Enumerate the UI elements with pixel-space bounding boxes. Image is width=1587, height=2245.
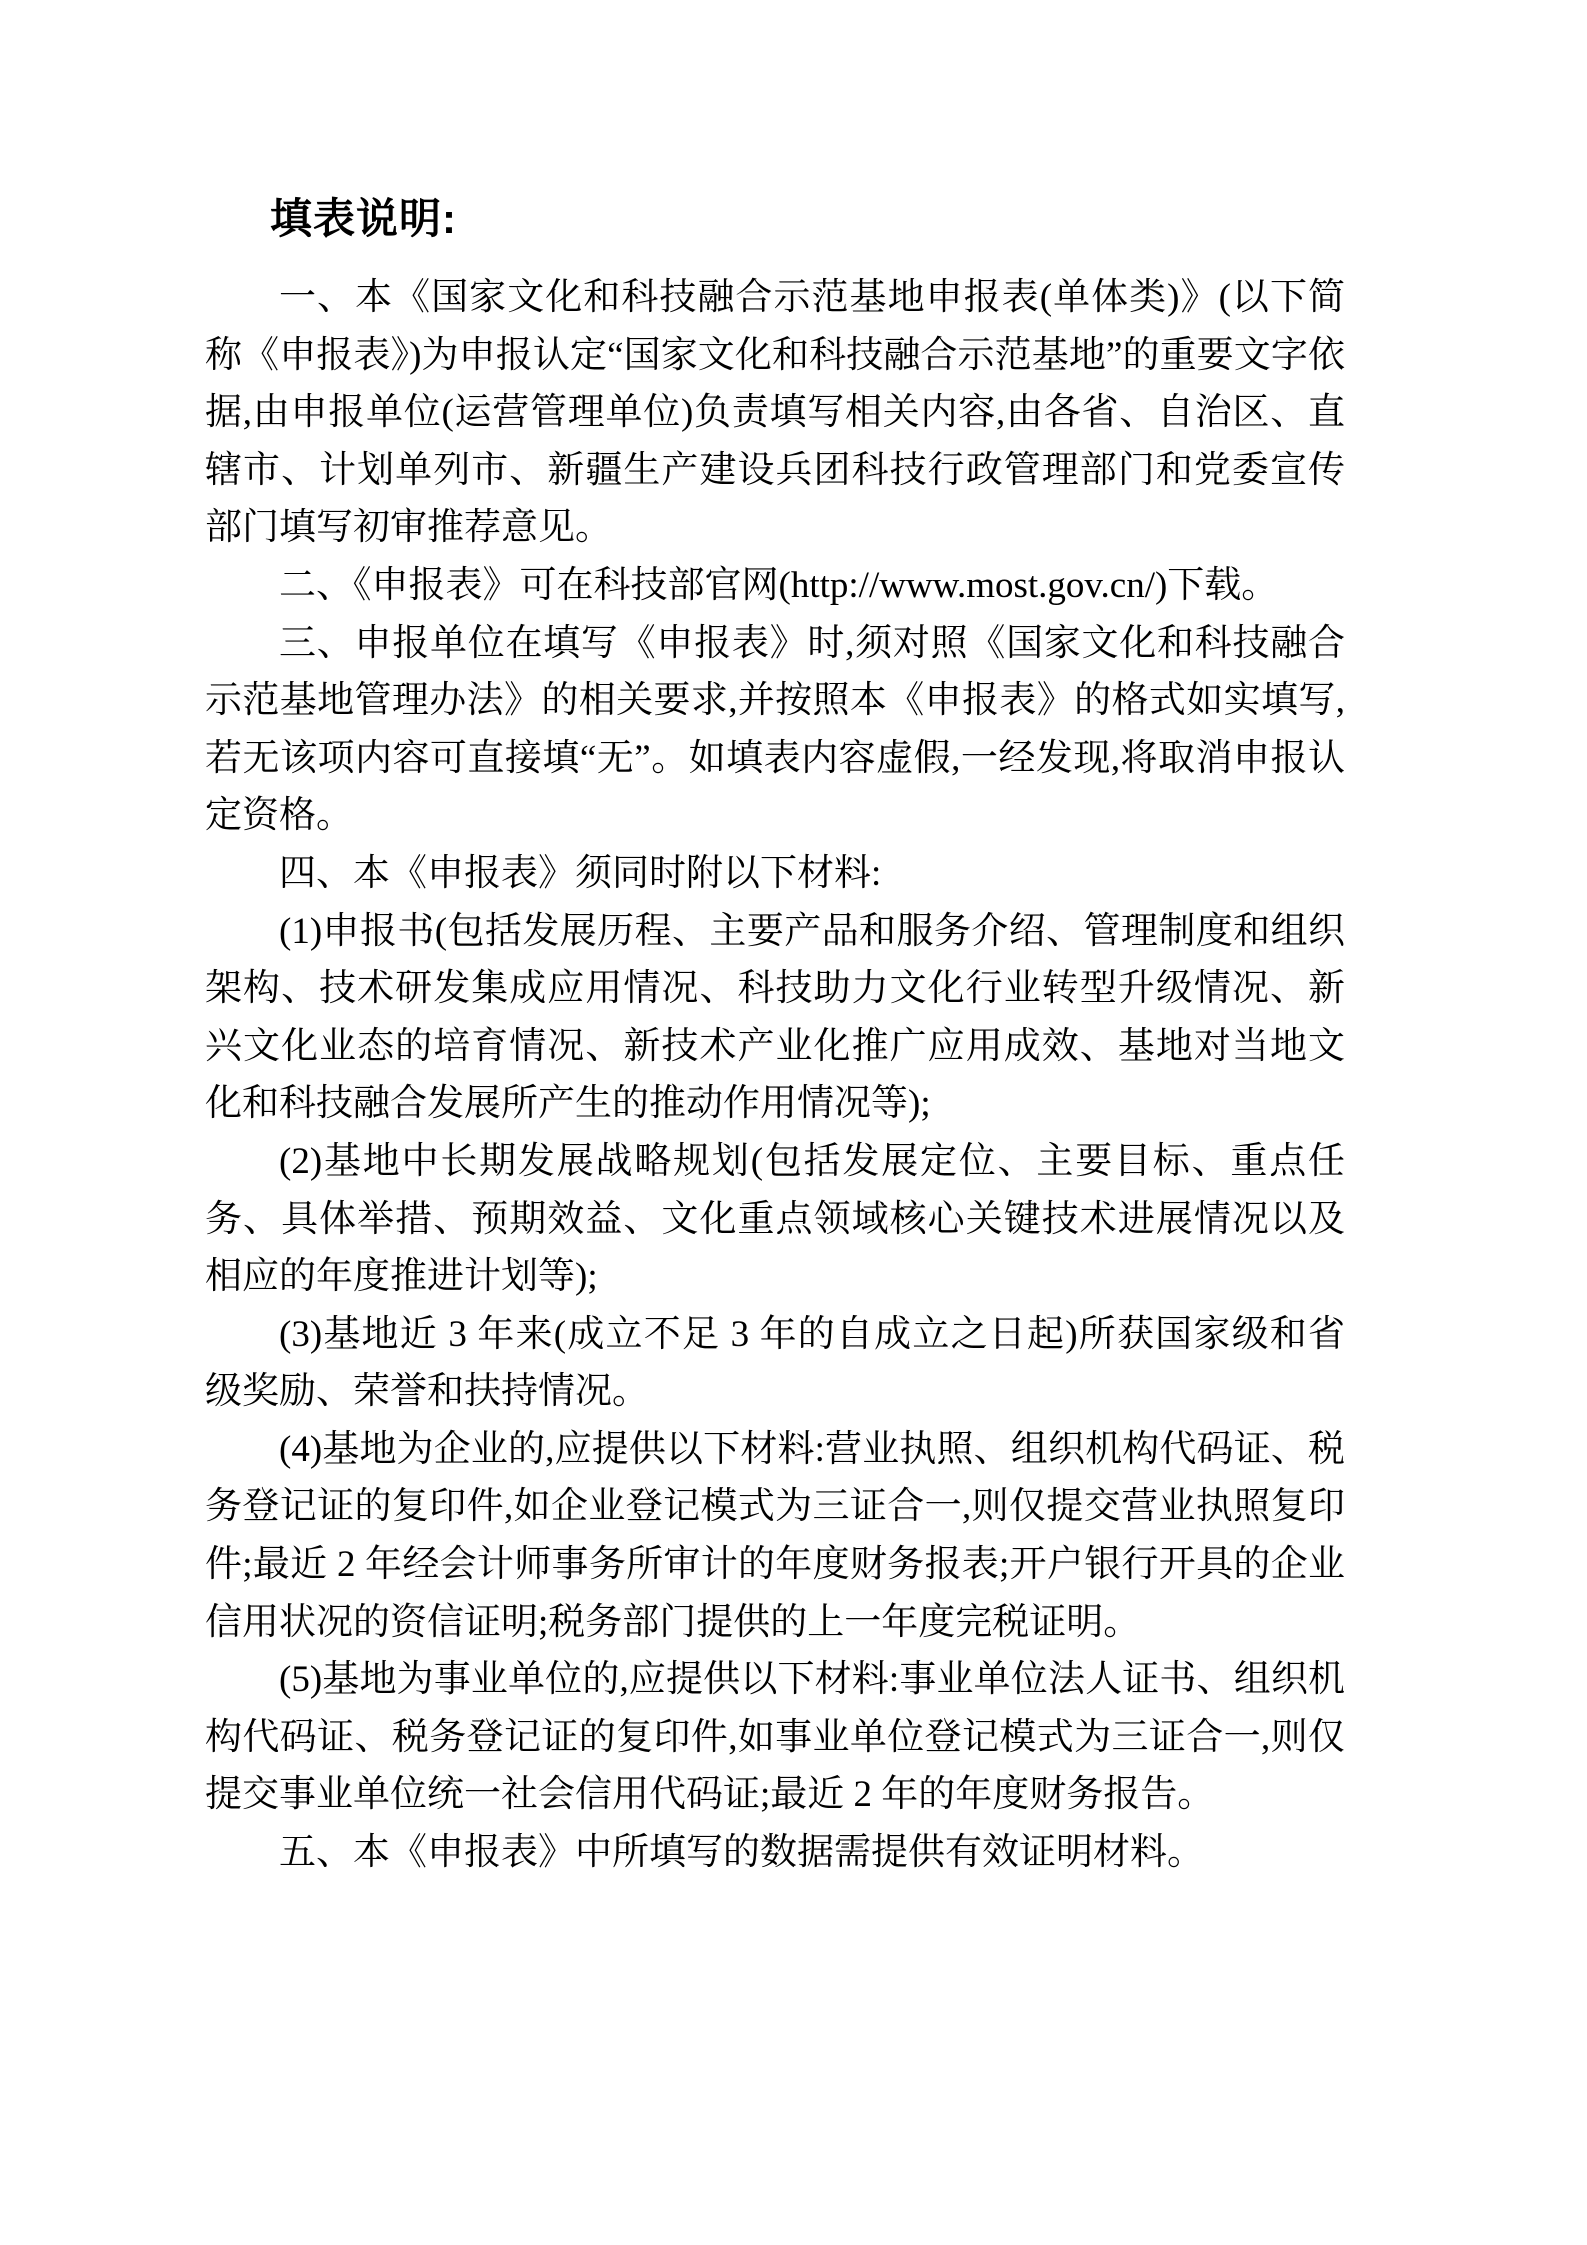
paragraph-7: (3)基地近 3 年来(成立不足 3 年的自成立之日起)所获国家级和省级奖励、荣… [205, 1306, 1345, 1421]
fill-instructions-section: 填表说明: 一、本《国家文化和科技融合示范基地申报表(单体类)》(以下简称《申报… [205, 190, 1345, 1882]
paragraph-4: 四、本《申报表》须同时附以下材料: [205, 845, 1345, 903]
paragraph-2: 二、《申报表》可在科技部官网(http://www.most.gov.cn/)下… [205, 557, 1345, 615]
paragraph-8: (4)基地为企业的,应提供以下材料:营业执照、组织机构代码证、税务登记证的复印件… [205, 1421, 1345, 1651]
document-page: 填表说明: 一、本《国家文化和科技融合示范基地申报表(单体类)》(以下简称《申报… [0, 0, 1587, 2245]
page-title: 填表说明: [205, 190, 1345, 248]
paragraph-10: 五、本《申报表》中所填写的数据需提供有效证明材料。 [205, 1824, 1345, 1882]
paragraph-3: 三、申报单位在填写《申报表》时,须对照《国家文化和科技融合示范基地管理办法》的相… [205, 615, 1345, 845]
paragraph-5: (1)申报书(包括发展历程、主要产品和服务介绍、管理制度和组织架构、技术研发集成… [205, 903, 1345, 1133]
paragraph-1: 一、本《国家文化和科技融合示范基地申报表(单体类)》(以下简称《申报表》)为申报… [205, 269, 1345, 557]
paragraph-9: (5)基地为事业单位的,应提供以下材料:事业单位法人证书、组织机构代码证、税务登… [205, 1651, 1345, 1824]
paragraph-6: (2)基地中长期发展战略规划(包括发展定位、主要目标、重点任务、具体举措、预期效… [205, 1133, 1345, 1306]
